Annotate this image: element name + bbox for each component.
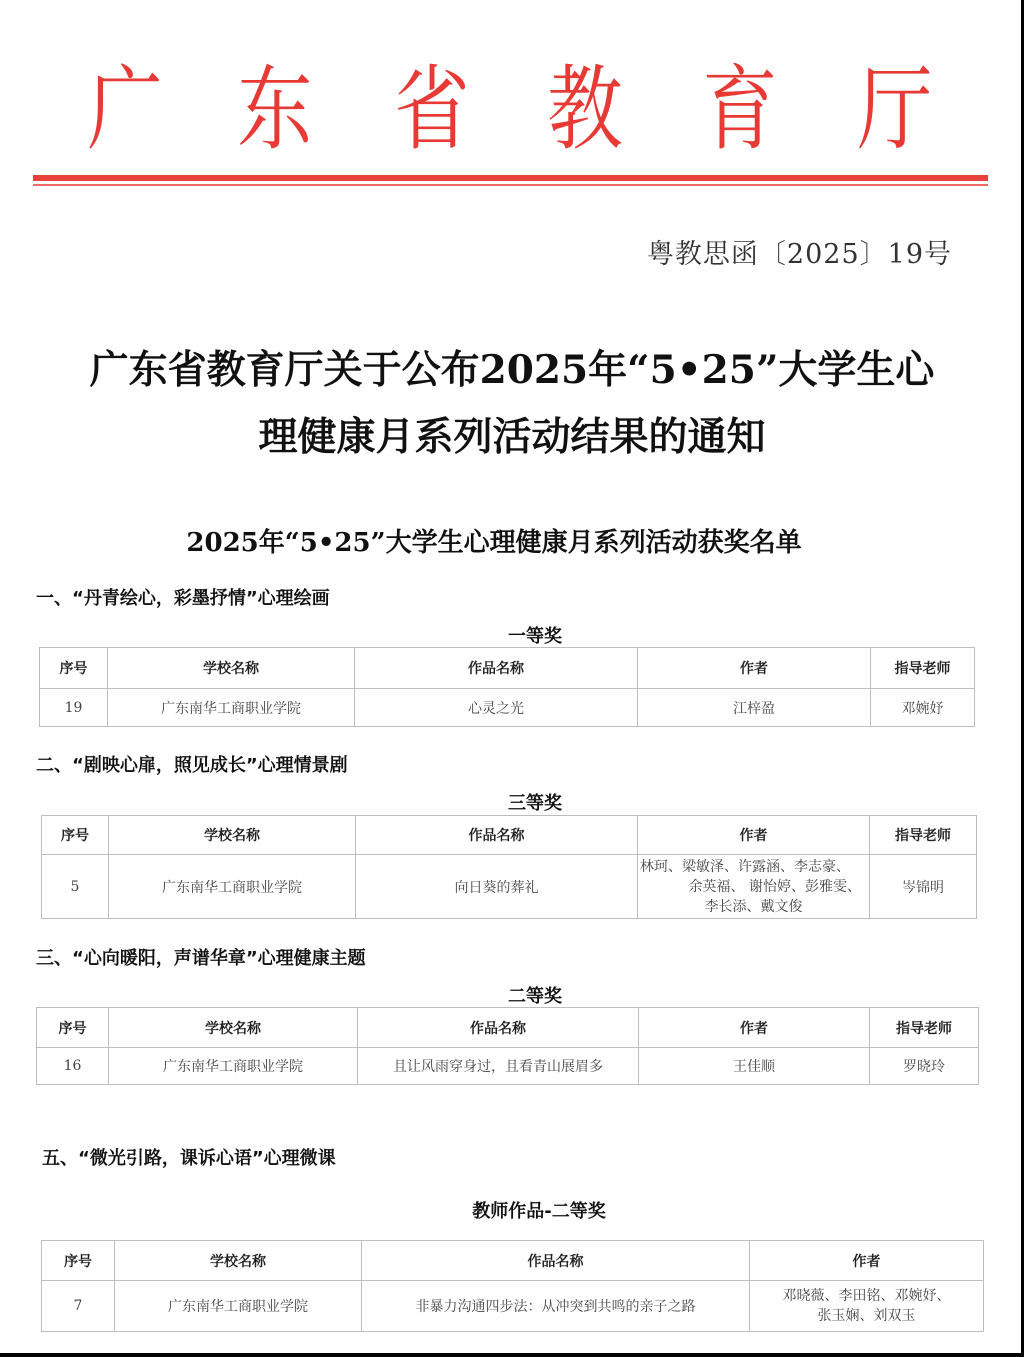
column-header-author: 作者 [638,816,870,855]
award-table-painting: 序号 学校名称 作品名称 作者 指导老师 19 广东南华工商职业学院 心灵之光 … [39,647,975,727]
column-header-seq: 序号 [40,648,108,689]
masthead: 广 东 省 教 育 厅 [0,55,1024,165]
section-heading-painting: 一、“丹青绘心，彩墨抒情”心理绘画 [36,584,330,610]
cell-advisor: 邓婉妤 [871,689,975,727]
document-title-line1: 广东省教育厅关于公布2025年“5•25”大学生心 [0,337,1024,403]
cell-seq: 16 [37,1048,109,1085]
cell-work: 非暴力沟通四步法：从冲突到共鸣的亲子之路 [362,1281,750,1332]
column-header-school: 学校名称 [115,1241,362,1281]
column-header-advisor: 指导老师 [871,648,975,689]
author-line: 邓晓薇、李田铭、邓婉妤、 [752,1286,981,1306]
column-header-work: 作品名称 [355,648,638,689]
cell-author: 江梓盈 [638,689,871,727]
column-header-school: 学校名称 [109,1008,358,1048]
table-row: 19 广东南华工商职业学院 心灵之光 江梓盈 邓婉妤 [40,689,975,727]
column-header-school: 学校名称 [108,648,355,689]
cell-school: 广东南华工商职业学院 [109,1048,358,1085]
award-level-title: 教师作品-二等奖 [0,1197,1024,1223]
award-list-title: 2025年“5•25”大学生心理健康月系列活动获奖名单 [0,522,988,559]
column-header-seq: 序号 [42,816,109,855]
award-level-title: 一等奖 [0,622,1024,648]
cell-seq: 19 [40,689,108,727]
cell-work: 心灵之光 [355,689,638,727]
award-table-theme: 序号 学校名称 作品名称 作者 指导老师 16 广东南华工商职业学院 且让风雨穿… [36,1007,979,1085]
column-header-author: 作者 [639,1008,870,1048]
masthead-char: 教 [540,55,630,165]
cell-school: 广东南华工商职业学院 [108,689,355,727]
frame-border-bottom [0,1353,1024,1357]
column-header-work: 作品名称 [356,816,638,855]
table-row: 7 广东南华工商职业学院 非暴力沟通四步法：从冲突到共鸣的亲子之路 邓晓薇、李田… [42,1281,984,1332]
table-row: 5 广东南华工商职业学院 向日葵的葬礼 林珂、梁敏泽、许露涵、李志豪、 余英福、… [42,855,977,919]
author-line: 余英福、 谢怡婷、彭雅雯、 [640,877,867,897]
cell-seq: 5 [42,855,109,919]
cell-author: 林珂、梁敏泽、许露涵、李志豪、 余英福、 谢怡婷、彭雅雯、 李长添、戴文俊 [638,855,870,919]
author-line: 林珂、梁敏泽、许露涵、李志豪、 [640,857,867,877]
cell-author: 王佳顺 [639,1048,870,1085]
column-header-advisor: 指导老师 [870,1008,979,1048]
document-title-line2: 理健康月系列活动结果的通知 [0,404,1024,470]
cell-school: 广东南华工商职业学院 [109,855,356,919]
cell-seq: 7 [42,1281,115,1332]
cell-advisor: 罗晓玲 [870,1048,979,1085]
award-level-title: 三等奖 [0,789,1024,815]
masthead-char: 厅 [850,55,940,165]
award-table-drama: 序号 学校名称 作品名称 作者 指导老师 5 广东南华工商职业学院 向日葵的葬礼… [41,815,977,919]
table-row: 16 广东南华工商职业学院 且让风雨穿身过，且看青山展眉多 王佳顺 罗晓玲 [37,1048,979,1085]
author-line: 张玉娴、刘双玉 [752,1306,981,1326]
column-header-advisor: 指导老师 [870,816,977,855]
author-line: 李长添、戴文俊 [640,897,867,917]
section-heading-microcourse: 五、“微光引路，课诉心语”心理微课 [42,1144,336,1170]
cell-work: 且让风雨穿身过，且看青山展眉多 [358,1048,639,1085]
masthead-char: 育 [695,55,785,165]
column-header-seq: 序号 [37,1008,109,1048]
cell-advisor: 岑锦明 [870,855,977,919]
column-header-author: 作者 [638,648,871,689]
column-header-work: 作品名称 [362,1241,750,1281]
cell-school: 广东南华工商职业学院 [115,1281,362,1332]
cell-author: 邓晓薇、李田铭、邓婉妤、 张玉娴、刘双玉 [750,1281,984,1332]
masthead-char: 东 [230,55,320,165]
masthead-char: 省 [387,55,477,165]
column-header-seq: 序号 [42,1241,115,1281]
column-header-school: 学校名称 [109,816,356,855]
masthead-rule-thick [33,175,988,181]
award-level-title: 二等奖 [0,982,1024,1008]
column-header-author: 作者 [750,1241,984,1281]
column-header-work: 作品名称 [358,1008,639,1048]
section-heading-drama: 二、“剧映心扉，照见成长”心理情景剧 [36,751,348,777]
masthead-char: 广 [80,55,170,165]
cell-work: 向日葵的葬礼 [356,855,638,919]
award-table-microcourse: 序号 学校名称 作品名称 作者 7 广东南华工商职业学院 非暴力沟通四步法：从冲… [41,1240,984,1332]
section-heading-theme: 三、“心向暖阳，声谱华章”心理健康主题 [36,944,366,970]
document-number: 粤教思函〔2025〕19号 [647,232,952,271]
masthead-rule-thin [33,184,988,186]
